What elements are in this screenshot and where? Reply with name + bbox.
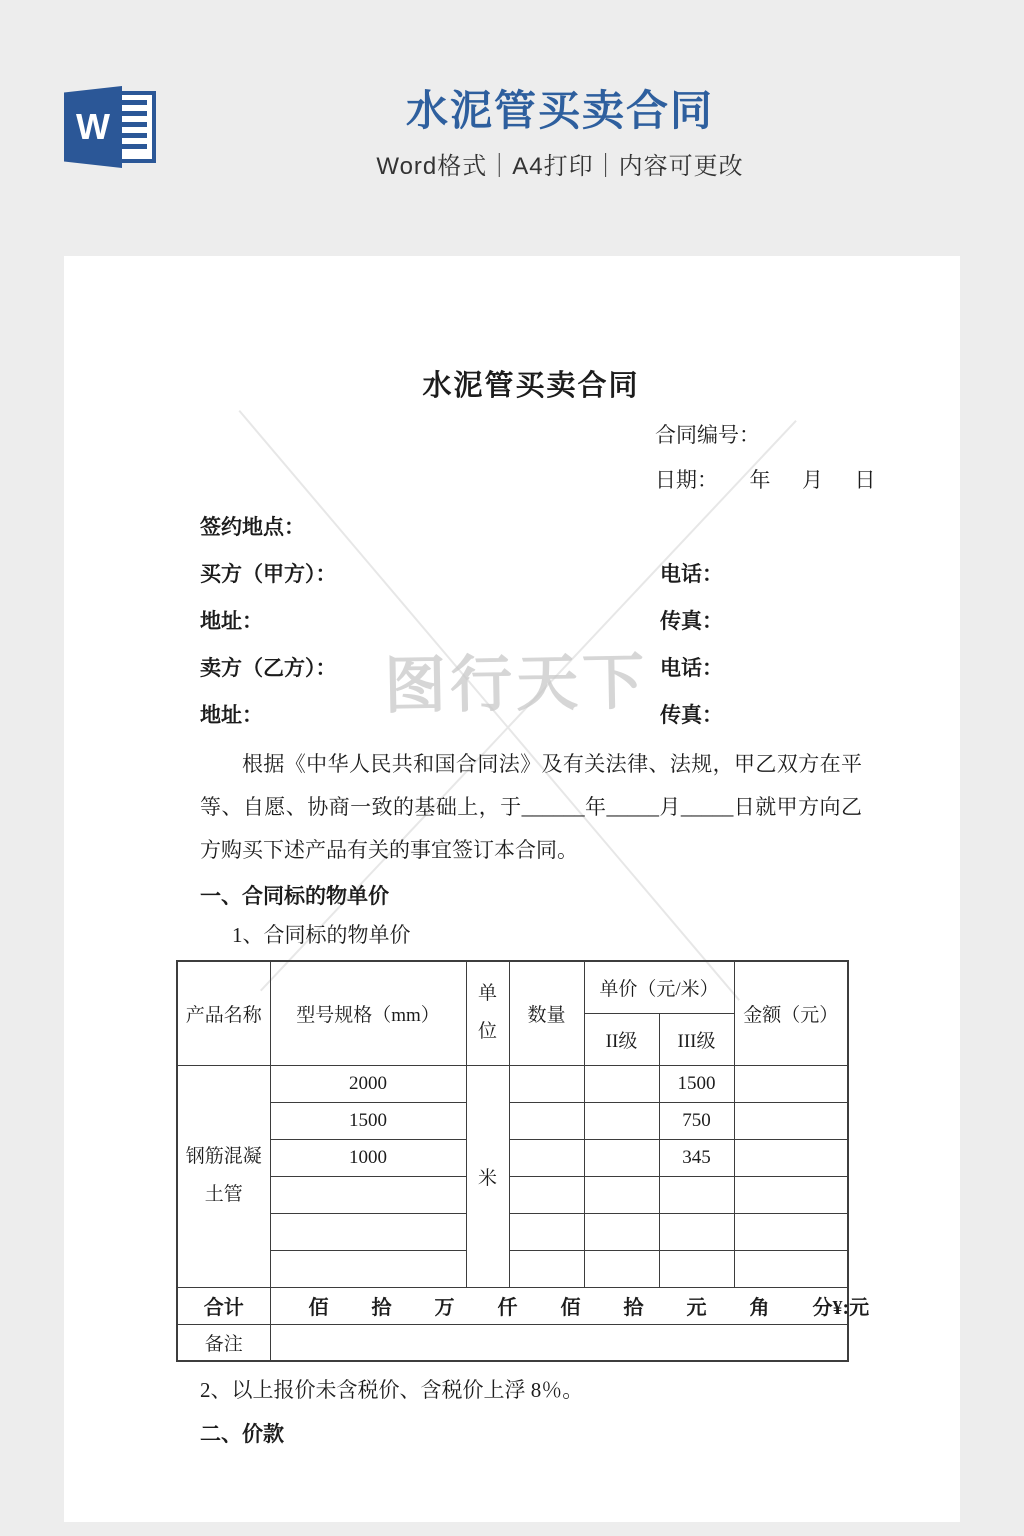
amount-cell xyxy=(734,1213,848,1250)
grade3-cell xyxy=(659,1250,734,1287)
col-model: 型号规格（mm） xyxy=(270,961,466,1065)
model-cell xyxy=(270,1176,466,1213)
model-cell xyxy=(270,1213,466,1250)
site-header: W 水泥管买卖合同 Word格式｜A4打印｜内容可更改 xyxy=(0,0,1024,220)
qty-cell xyxy=(509,1139,584,1176)
grade2-cell xyxy=(584,1176,659,1213)
grade2-cell xyxy=(584,1102,659,1139)
seller-address-row: 地址： 传真： xyxy=(200,690,862,737)
document-page: 图行天下 水泥管买卖合同 合同编号： 日期： 年 月 日 签约地点： 买方（甲方… xyxy=(64,256,960,1522)
col-product: 产品名称 xyxy=(177,961,270,1065)
seller-label: 卖方（乙方）： xyxy=(200,652,660,682)
col-unit-price: 单价（元/米） xyxy=(584,961,734,1013)
table-total-row: 合计 佰 拾 万 仟 佰 拾 元 角 分¥: 元 xyxy=(177,1287,848,1324)
amount-cell xyxy=(734,1102,848,1139)
template-subtitle: Word格式｜A4打印｜内容可更改 xyxy=(96,146,1024,181)
buyer-label: 买方（甲方）： xyxy=(200,558,660,588)
total-label-cell: 合计 xyxy=(177,1287,270,1324)
col-qty: 数量 xyxy=(509,961,584,1065)
section1-subheading: 1、合同标的物单价 xyxy=(232,922,862,948)
tax-note: 2、以上报价未含税价、含税价上浮 8％。 xyxy=(200,1376,862,1404)
buyer-address-row: 地址： 传真： xyxy=(200,596,862,643)
qty-cell xyxy=(509,1176,584,1213)
price-table: 产品名称 型号规格（mm） 单位 数量 单价（元/米） 金额（元） II级 II… xyxy=(176,960,849,1362)
contract-meta: 合同编号： 日期： 年 月 日 xyxy=(655,412,862,502)
sign-place-label: 签约地点： xyxy=(200,511,660,541)
remark-value-cell xyxy=(270,1324,848,1361)
buyer-row: 买方（甲方）： 电话： xyxy=(200,549,862,596)
grade2-cell xyxy=(584,1139,659,1176)
buyer-phone-label: 电话： xyxy=(660,558,862,588)
remark-label-cell: 备注 xyxy=(177,1324,270,1361)
model-cell: 1000 xyxy=(270,1139,466,1176)
grade3-cell xyxy=(659,1176,734,1213)
amount-cell xyxy=(734,1176,848,1213)
template-title: 水泥管买卖合同 xyxy=(96,88,1024,134)
contract-number-label: 合同编号： xyxy=(655,412,862,456)
seller-fax-label: 传真： xyxy=(660,699,862,729)
seller-address-label: 地址： xyxy=(200,699,660,729)
model-cell xyxy=(270,1250,466,1287)
contract-title: 水泥管买卖合同 xyxy=(200,368,862,404)
col-grade2: II级 xyxy=(584,1013,659,1065)
seller-row: 卖方（乙方）： 电话： xyxy=(200,643,862,690)
col-amount: 金额（元） xyxy=(734,961,848,1065)
grade3-cell xyxy=(659,1213,734,1250)
amount-cell xyxy=(734,1065,848,1102)
grade3-cell: 345 xyxy=(659,1139,734,1176)
total-amount-caps: 佰 拾 万 仟 佰 拾 元 角 分¥: xyxy=(309,1291,850,1320)
grade2-cell xyxy=(584,1065,659,1102)
buyer-fax-label: 传真： xyxy=(660,605,862,635)
grade2-cell xyxy=(584,1213,659,1250)
total-amount-unit: 元 xyxy=(849,1291,869,1320)
unit-cell: 米 xyxy=(466,1065,509,1287)
amount-cell xyxy=(734,1250,848,1287)
col-unit: 单位 xyxy=(466,961,509,1065)
buyer-address-label: 地址： xyxy=(200,605,660,635)
section2-heading: 二、价款 xyxy=(200,1420,862,1448)
table-header-row: 产品名称 型号规格（mm） 单位 数量 单价（元/米） 金额（元） xyxy=(177,961,848,1013)
grade3-cell: 1500 xyxy=(659,1065,734,1102)
table-row: 钢筋混凝土管 2000 米 1500 xyxy=(177,1065,848,1102)
header-text: 水泥管买卖合同 Word格式｜A4打印｜内容可更改 xyxy=(0,88,1024,181)
total-amount-cell: 佰 拾 万 仟 佰 拾 元 角 分¥: 元 xyxy=(270,1287,848,1324)
sign-place-row: 签约地点： xyxy=(200,502,862,549)
contract-date-line: 日期： 年 月 日 xyxy=(655,456,862,502)
contract-intro-paragraph: 根据《中华人民共和国合同法》及有关法律、法规，甲乙双方在平等、自愿、协商一致的基… xyxy=(200,743,862,872)
qty-cell xyxy=(509,1213,584,1250)
table-row xyxy=(177,1250,848,1287)
product-name-cell: 钢筋混凝土管 xyxy=(177,1065,270,1287)
table-remark-row: 备注 xyxy=(177,1324,848,1361)
grade2-cell xyxy=(584,1250,659,1287)
qty-cell xyxy=(509,1065,584,1102)
table-row: 1000 345 xyxy=(177,1139,848,1176)
model-cell: 1500 xyxy=(270,1102,466,1139)
qty-cell xyxy=(509,1250,584,1287)
table-row xyxy=(177,1213,848,1250)
table-row: 1500 750 xyxy=(177,1102,848,1139)
seller-phone-label: 电话： xyxy=(660,652,862,682)
section1-heading: 一、合同标的物单价 xyxy=(200,882,862,910)
model-cell: 2000 xyxy=(270,1065,466,1102)
table-row xyxy=(177,1176,848,1213)
col-grade3: III级 xyxy=(659,1013,734,1065)
grade3-cell: 750 xyxy=(659,1102,734,1139)
amount-cell xyxy=(734,1139,848,1176)
qty-cell xyxy=(509,1102,584,1139)
